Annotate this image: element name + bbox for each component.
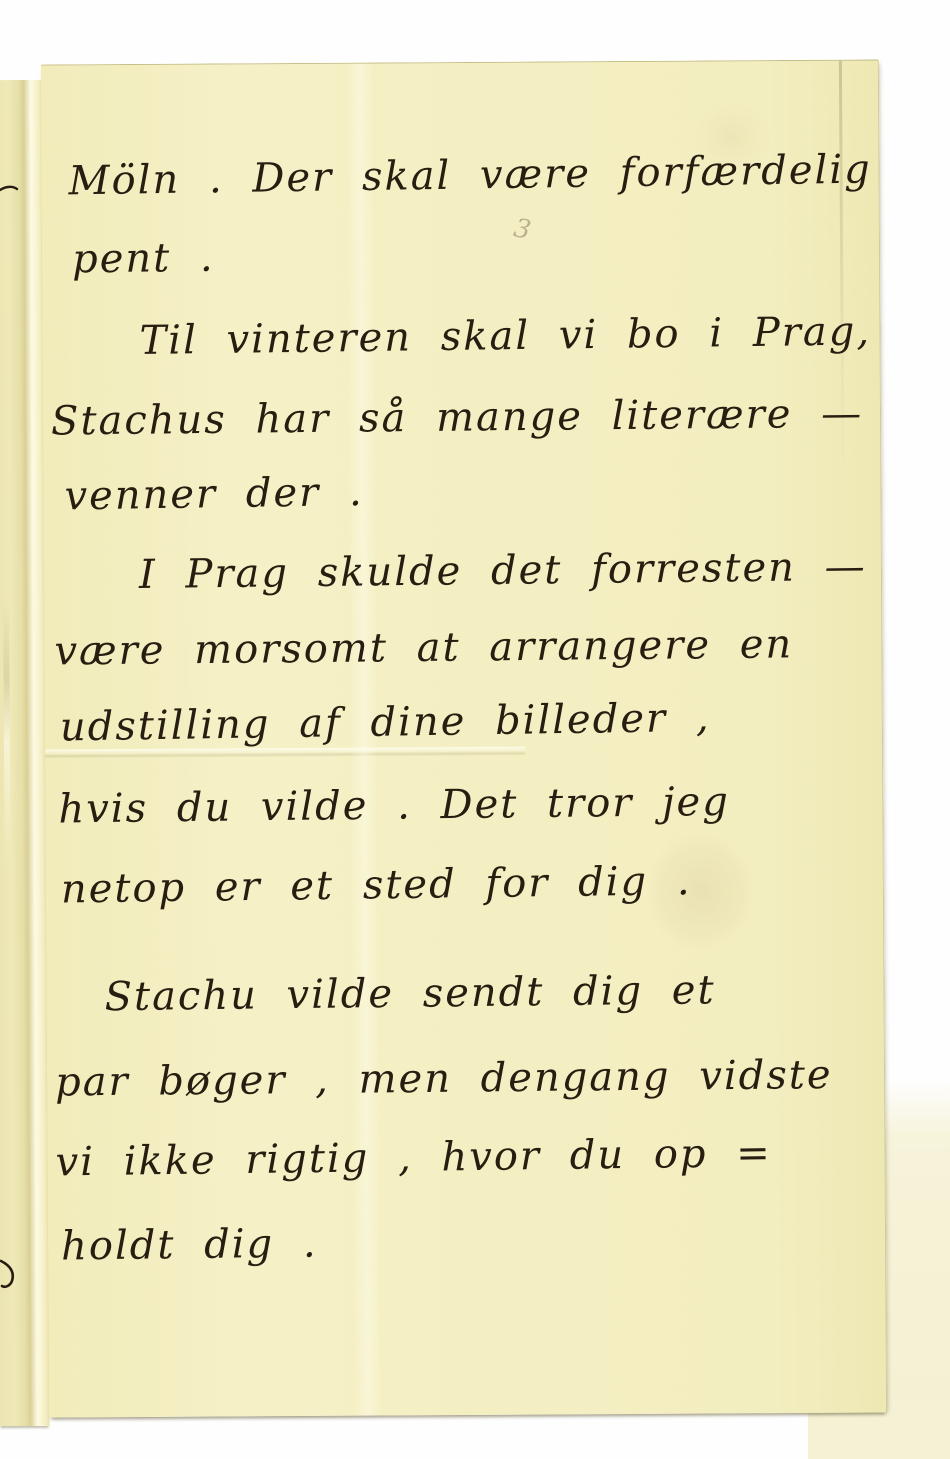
handwritten-line: vi ikke rigtig , hvor du op = [55, 1129, 772, 1186]
handwritten-line: hvis du vilde . Det tror jeg [58, 778, 730, 834]
stray-ink-mark-top [0, 180, 24, 204]
handwritten-line: holdt dig . [61, 1220, 318, 1271]
handwritten-line: netop er et sted for dig . [61, 857, 692, 913]
scanned-letter-page: Möln . Der skal være forfærdelig pent . … [0, 0, 950, 1459]
faint-pencil-mark: 3 [511, 213, 533, 246]
fold-wrinkle [3, 600, 10, 860]
handwritten-line: I Prag skulde det forresten — [139, 543, 867, 599]
handwritten-line: udstilling af dine billeder , [60, 694, 711, 752]
handwritten-line: være morsomt at arrangere en [54, 620, 793, 675]
letter-paper: Möln . Der skal være forfærdelig pent . … [41, 59, 887, 1417]
handwritten-line: Stachus har så mange literære — [51, 390, 864, 446]
handwritten-line: venner der . [64, 468, 364, 520]
handwritten-line: Til vinteren skal vi bo i Prag, [139, 307, 871, 365]
handwritten-line: Stachu vilde sendt dig et [104, 966, 715, 1021]
handwritten-line: Möln . Der skal være forfærdelig [68, 145, 872, 205]
handwritten-line: par bøger , men dengang vidste [55, 1051, 833, 1106]
stray-ink-mark-bottom [0, 1255, 26, 1295]
handwritten-line: pent . [72, 234, 215, 284]
